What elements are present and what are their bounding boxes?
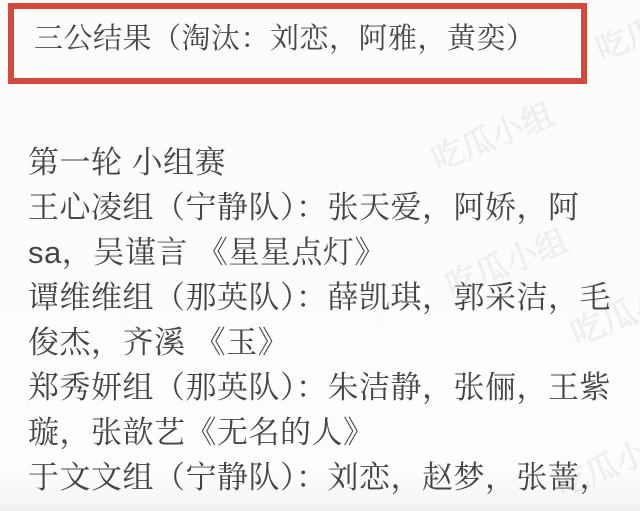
- group-line: 俊杰，齐溪 《玉》: [28, 320, 628, 365]
- bottom-edge-fade: [0, 501, 640, 511]
- group-line: sa，吴谨言 《星星点灯》: [28, 230, 628, 275]
- body-text: 第一轮 小组赛 王心凌组（宁静队）：张天爱，阿娇，阿 sa，吴谨言 《星星点灯》…: [28, 140, 628, 500]
- group-line: 郑秀妍组（那英队）：朱洁静，张俪，王紫: [28, 365, 628, 410]
- group-line: 于文文组（宁静队）：刘恋，赵梦，张蔷，: [28, 455, 628, 500]
- group-line: 谭维维组（那英队）：薛凯琪，郭采洁，毛: [28, 275, 628, 320]
- group-line: 璇，张歆艺《无名的人》: [28, 410, 628, 455]
- results-highlight-box: 三公结果（淘汰：刘恋，阿雅，黄奕）: [8, 3, 587, 84]
- group-line: 王心凌组（宁静队）：张天爱，阿娇，阿: [28, 185, 628, 230]
- round-title: 第一轮 小组赛: [28, 140, 628, 185]
- elimination-results-text: 三公结果（淘汰：刘恋，阿雅，黄奕）: [34, 16, 536, 57]
